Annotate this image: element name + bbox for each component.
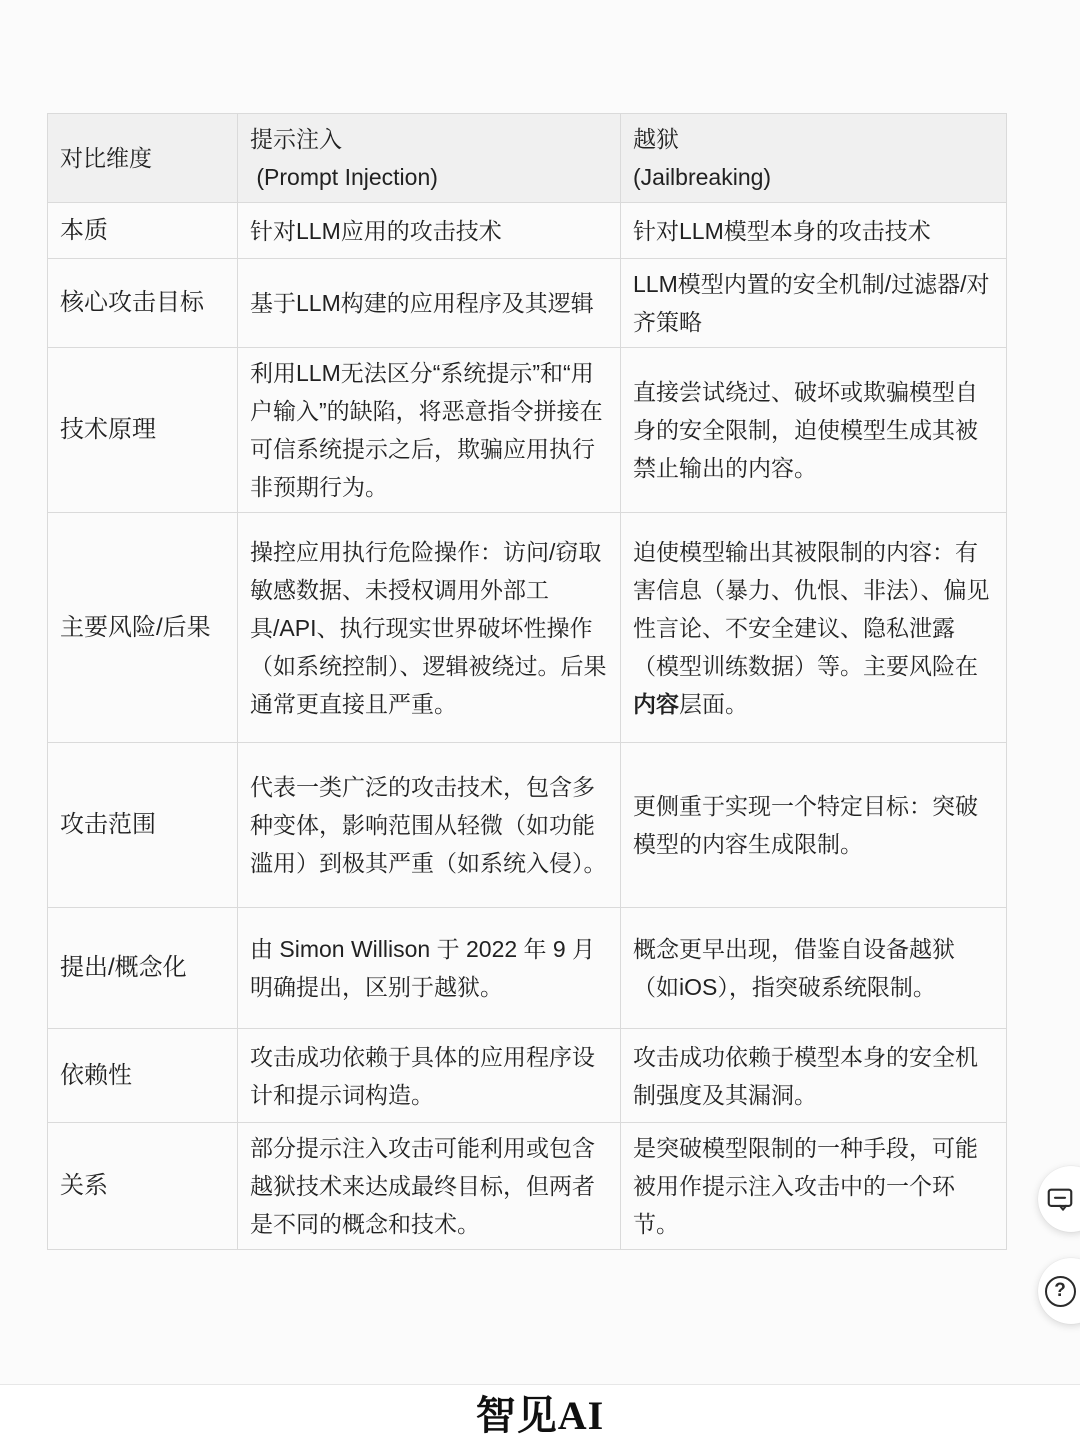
table-row: 提出/概念化由 Simon Willison 于 2022 年 9 月明确提出，… <box>48 908 1007 1029</box>
table-head: 对比维度提示注入 (Prompt Injection)越狱(Jailbreaki… <box>48 114 1007 203</box>
header-line: (Prompt Injection) <box>250 158 608 196</box>
dimension-cell: 依赖性 <box>48 1029 238 1123</box>
comparison-table-container: 对比维度提示注入 (Prompt Injection)越狱(Jailbreaki… <box>47 113 1006 1250</box>
table-row: 关系部分提示注入攻击可能利用或包含越狱技术来达成最终目标，但两者是不同的概念和技… <box>48 1123 1007 1250</box>
jailbreaking-cell: 是突破模型限制的一种手段，可能被用作提示注入攻击中的一个环节。 <box>621 1123 1007 1250</box>
header-row: 对比维度提示注入 (Prompt Injection)越狱(Jailbreaki… <box>48 114 1007 203</box>
header-line: (Jailbreaking) <box>633 158 994 196</box>
table-row: 技术原理利用LLM无法区分“系统提示”和“用户输入”的缺陷，将恶意指令拼接在可信… <box>48 348 1007 513</box>
prompt-injection-cell: 基于LLM构建的应用程序及其逻辑 <box>238 259 621 348</box>
prompt-injection-cell: 部分提示注入攻击可能利用或包含越狱技术来达成最终目标，但两者是不同的概念和技术。 <box>238 1123 621 1250</box>
comment-box-icon <box>1045 1184 1075 1214</box>
header-line: 提示注入 <box>250 120 608 158</box>
prompt-injection-cell: 利用LLM无法区分“系统提示”和“用户输入”的缺陷，将恶意指令拼接在可信系统提示… <box>238 348 621 513</box>
dimension-cell: 提出/概念化 <box>48 908 238 1029</box>
header-cell-2: 越狱(Jailbreaking) <box>621 114 1007 203</box>
dimension-cell: 攻击范围 <box>48 743 238 908</box>
feedback-button[interactable] <box>1038 1166 1080 1232</box>
jailbreaking-cell: 直接尝试绕过、破坏或欺骗模型自身的安全限制，迫使模型生成其被禁止输出的内容。 <box>621 348 1007 513</box>
header-cell-0: 对比维度 <box>48 114 238 203</box>
dimension-cell: 本质 <box>48 203 238 259</box>
table-row: 本质针对LLM应用的攻击技术针对LLM模型本身的攻击技术 <box>48 203 1007 259</box>
table-row: 攻击范围代表一类广泛的攻击技术，包含多种变体，影响范围从轻微（如功能滥用）到极其… <box>48 743 1007 908</box>
comparison-table: 对比维度提示注入 (Prompt Injection)越狱(Jailbreaki… <box>47 113 1007 1250</box>
table-row: 主要风险/后果操控应用执行危险操作：访问/窃取敏感数据、未授权调用外部工具/AP… <box>48 513 1007 743</box>
dimension-cell: 核心攻击目标 <box>48 259 238 348</box>
help-icon: ? <box>1045 1276 1076 1307</box>
header-line: 越狱 <box>633 120 994 158</box>
dimension-cell: 技术原理 <box>48 348 238 513</box>
table-row: 依赖性攻击成功依赖于具体的应用程序设计和提示词构造。攻击成功依赖于模型本身的安全… <box>48 1029 1007 1123</box>
dimension-cell: 主要风险/后果 <box>48 513 238 743</box>
footer: 智见AI <box>0 1385 1080 1440</box>
header-line: 对比维度 <box>60 139 225 177</box>
help-button[interactable]: ? <box>1038 1258 1080 1324</box>
jailbreaking-cell: LLM模型内置的安全机制/过滤器/对齐策略 <box>621 259 1007 348</box>
dimension-cell: 关系 <box>48 1123 238 1250</box>
jailbreaking-cell: 针对LLM模型本身的攻击技术 <box>621 203 1007 259</box>
brand-title: 智见AI <box>476 1384 604 1440</box>
prompt-injection-cell: 针对LLM应用的攻击技术 <box>238 203 621 259</box>
prompt-injection-cell: 操控应用执行危险操作：访问/窃取敏感数据、未授权调用外部工具/API、执行现实世… <box>238 513 621 743</box>
jailbreaking-cell: 概念更早出现，借鉴自设备越狱（如iOS），指突破系统限制。 <box>621 908 1007 1029</box>
jailbreaking-cell: 更侧重于实现一个特定目标：突破模型的内容生成限制。 <box>621 743 1007 908</box>
table-body: 本质针对LLM应用的攻击技术针对LLM模型本身的攻击技术核心攻击目标基于LLM构… <box>48 203 1007 1250</box>
prompt-injection-cell: 由 Simon Willison 于 2022 年 9 月明确提出，区别于越狱。 <box>238 908 621 1029</box>
page: 对比维度提示注入 (Prompt Injection)越狱(Jailbreaki… <box>0 0 1080 1440</box>
header-cell-1: 提示注入 (Prompt Injection) <box>238 114 621 203</box>
jailbreaking-cell: 迫使模型输出其被限制的内容：有害信息（暴力、仇恨、非法）、偏见性言论、不安全建议… <box>621 513 1007 743</box>
table-row: 核心攻击目标基于LLM构建的应用程序及其逻辑LLM模型内置的安全机制/过滤器/对… <box>48 259 1007 348</box>
prompt-injection-cell: 攻击成功依赖于具体的应用程序设计和提示词构造。 <box>238 1029 621 1123</box>
prompt-injection-cell: 代表一类广泛的攻击技术，包含多种变体，影响范围从轻微（如功能滥用）到极其严重（如… <box>238 743 621 908</box>
jailbreaking-cell: 攻击成功依赖于模型本身的安全机制强度及其漏洞。 <box>621 1029 1007 1123</box>
